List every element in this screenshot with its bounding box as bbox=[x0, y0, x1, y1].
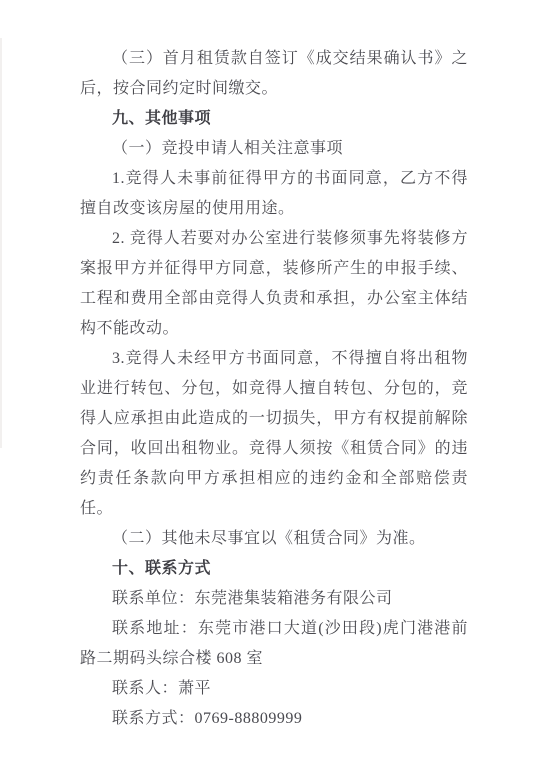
paragraph-note-3: 3.竞得人未经甲方书面同意，不得擅自将出租物业进行转包、分包，如竞得人擅自转包、… bbox=[80, 344, 468, 524]
paragraph-contact-person: 联系人：萧平 bbox=[80, 674, 468, 704]
scan-artifact bbox=[0, 38, 2, 448]
paragraph-note-1: 1.竞得人未事前征得甲方的书面同意，乙方不得擅自改变该房屋的使用用途。 bbox=[80, 164, 468, 224]
section-heading-contact-info: 十、联系方式 bbox=[80, 554, 468, 584]
paragraph-contact-address: 联系地址：东莞市港口大道(沙田段)虎门港港前路二期码头综合楼 608 室 bbox=[80, 614, 468, 674]
document-page: （三）首月租赁款自签订《成交结果确认书》之后，按合同约定时间缴交。 九、其他事项… bbox=[0, 0, 548, 777]
paragraph-payment-terms: （三）首月租赁款自签订《成交结果确认书》之后，按合同约定时间缴交。 bbox=[80, 44, 468, 104]
paragraph-other-provisions: （二）其他未尽事宜以《租赁合同》为准。 bbox=[80, 524, 468, 554]
paragraph-note-2: 2. 竞得人若要对办公室进行装修须事先将装修方案报甲方并征得甲方同意，装修所产生… bbox=[80, 224, 468, 344]
paragraph-contact-unit: 联系单位：东莞港集装箱港务有限公司 bbox=[80, 584, 468, 614]
paragraph-bidder-notes-title: （一）竞投申请人相关注意事项 bbox=[80, 134, 468, 164]
document-body: （三）首月租赁款自签订《成交结果确认书》之后，按合同约定时间缴交。 九、其他事项… bbox=[80, 44, 468, 734]
paragraph-contact-phone: 联系方式：0769-88809999 bbox=[80, 704, 468, 734]
section-heading-other-matters: 九、其他事项 bbox=[80, 104, 468, 134]
